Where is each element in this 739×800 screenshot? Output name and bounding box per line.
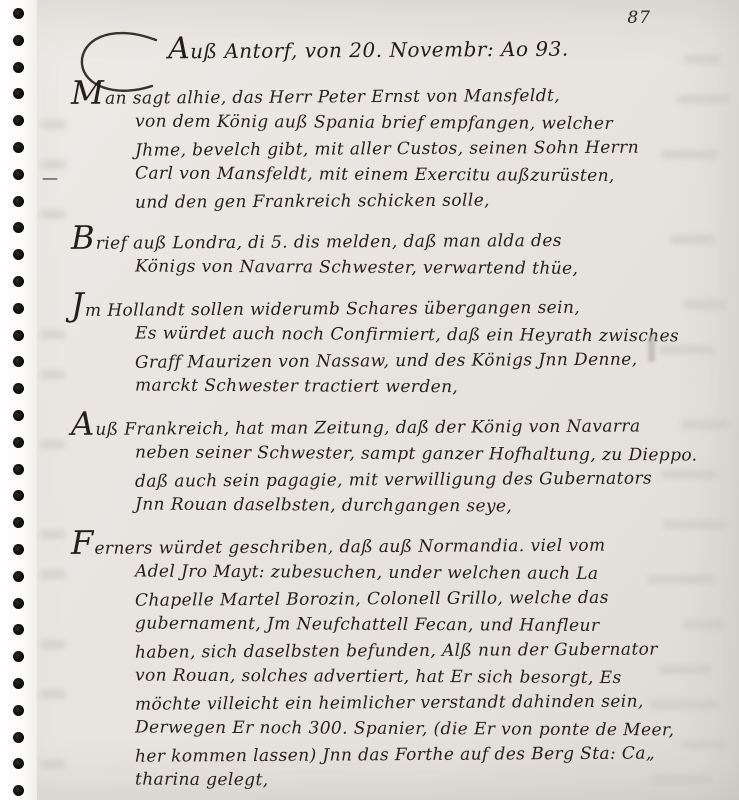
ghost-text-mark <box>40 210 66 219</box>
ghost-text-mark <box>40 640 66 649</box>
binding-hole <box>13 303 24 314</box>
paragraph-1: Man sagt alhie, das Herr Peter Ernst von… <box>37 78 697 214</box>
binding-hole <box>13 544 24 555</box>
ghost-text-mark <box>40 570 66 579</box>
ghost-text-mark <box>683 55 722 64</box>
ghost-text-mark <box>40 440 66 449</box>
ghost-text-mark <box>681 740 727 749</box>
handwritten-line: daß auch sein pagagie, mit verwilligung … <box>135 465 697 494</box>
ghost-text-mark <box>681 420 729 429</box>
ghost-text-mark <box>663 520 727 529</box>
binding-hole <box>13 490 24 501</box>
binding-hole <box>13 142 24 153</box>
ghost-text-mark <box>669 235 714 244</box>
handwritten-line: Jhme, bevelch gibt, mit aller Custos, se… <box>135 134 697 163</box>
ghost-text-mark <box>40 330 66 339</box>
ghost-text-mark <box>40 530 66 539</box>
ghost-text-mark <box>649 775 712 784</box>
binding-hole <box>13 8 24 19</box>
binding-hole <box>13 571 24 582</box>
manuscript-heading: Auß Antorf, von 20. Novembr: Ao 93. <box>168 29 569 67</box>
binding-hole <box>13 410 24 421</box>
handwritten-line: gubernament, Jm Neufchattell Fecan, und … <box>135 611 697 640</box>
handwritten-line: Chapelle Martel Borozin, Colonell Grillo… <box>135 584 697 613</box>
handwritten-line: Graff Maurizen von Nassaw, und des König… <box>135 346 697 375</box>
ghost-text-mark <box>659 345 714 354</box>
binding-strip <box>0 0 37 800</box>
ghost-text-mark <box>40 120 66 129</box>
handwritten-line: Auß Frankreich, hat man Zeitung, daß der… <box>71 407 697 443</box>
ghost-text-mark <box>40 690 66 699</box>
ghost-text-mark <box>649 700 719 709</box>
paper-smudge <box>648 336 655 362</box>
ghost-text-mark <box>683 300 727 309</box>
paragraph-5: Ferners würdet geschriben, daß auß Norma… <box>37 528 697 794</box>
handwritten-line: möchte villeicht ein heimlicher verstand… <box>135 688 697 717</box>
binding-hole <box>13 758 24 769</box>
paragraph-4: Auß Frankreich, hat man Zeitung, daß der… <box>37 409 697 519</box>
binding-hole <box>13 276 24 287</box>
ghost-text-mark <box>40 760 66 769</box>
book-page-photo: 87 Auß Antorf, von 20. Novembr: Ao 93. —… <box>0 0 739 800</box>
binding-hole <box>13 383 24 394</box>
ghost-text-mark <box>661 150 719 159</box>
binding-hole <box>13 464 24 475</box>
ghost-text-mark <box>659 665 712 674</box>
binding-hole <box>13 732 24 743</box>
handwritten-line: von dem König auß Spania brief empfangen… <box>135 109 697 138</box>
binding-hole <box>13 62 24 73</box>
binding-hole <box>13 356 24 367</box>
binding-hole <box>13 437 24 448</box>
paragraph-2: Brief auß Londra, di 5. dis melden, daß … <box>37 223 697 281</box>
ghost-text-mark <box>40 160 66 169</box>
handwritten-line: Derwegen Er noch 300. Spanier, (die Er v… <box>135 715 697 744</box>
manuscript-body: Man sagt alhie, das Herr Peter Ernst von… <box>37 78 697 800</box>
binding-hole <box>13 598 24 609</box>
ghost-text-mark <box>683 620 725 629</box>
binding-hole <box>13 330 24 341</box>
handwritten-line: von Rouan, solches advertiert, hat Er si… <box>135 663 697 692</box>
binding-hole <box>13 678 24 689</box>
binding-hole <box>13 35 24 46</box>
binding-hole <box>13 169 24 180</box>
handwritten-line: und den gen Frankreich schicken solle, <box>135 186 697 215</box>
handwritten-line: Königs von Navarra Schwester, verwartend… <box>135 254 697 283</box>
ghost-text-mark <box>661 470 717 479</box>
handwritten-line: Adel Jro Mayt: zubesuchen, under welchen… <box>135 559 697 588</box>
handwritten-line: Jm Hollandt sollen widerumb Schares über… <box>71 288 697 324</box>
handwritten-line: haben, sich daselbsten befunden, Alß nun… <box>135 636 697 665</box>
handwritten-line: Carl von Mansfeldt, mit einem Exercitu a… <box>135 161 697 190</box>
paragraph-3: Jm Hollandt sollen widerumb Schares über… <box>37 290 697 400</box>
binding-hole <box>13 517 24 528</box>
ghost-text-mark <box>677 95 730 104</box>
handwritten-line: Brief auß Londra, di 5. dis melden, daß … <box>71 221 697 257</box>
binding-hole <box>13 222 24 233</box>
handwritten-line: Es würdet auch noch Confirmiert, daß ein… <box>135 321 697 350</box>
handwritten-line: Man sagt alhie, das Herr Peter Ernst von… <box>71 76 697 112</box>
handwritten-line: marckt Schwester tractiert werden, <box>135 373 697 402</box>
binding-hole <box>13 624 24 635</box>
ghost-text-mark <box>647 575 716 584</box>
binding-hole <box>13 651 24 662</box>
binding-hole <box>13 705 24 716</box>
handwritten-line: tharina gelegt, <box>135 767 697 796</box>
ghost-text-mark <box>40 370 66 379</box>
handwritten-line: neben seiner Schwester, sampt ganzer Hof… <box>135 440 697 469</box>
binding-hole <box>13 785 24 796</box>
handwritten-line: Jnn Rouan daselbsten, durchgangen seye, <box>135 492 697 521</box>
binding-hole <box>13 196 24 207</box>
binding-hole <box>13 249 24 260</box>
binding-hole <box>13 88 24 99</box>
handwritten-line: Ferners würdet geschriben, daß auß Norma… <box>71 526 697 562</box>
handwritten-line: her kommen lassen) Jnn das Forthe auf de… <box>135 740 697 769</box>
page-number: 87 <box>627 8 651 28</box>
binding-hole <box>13 115 24 126</box>
